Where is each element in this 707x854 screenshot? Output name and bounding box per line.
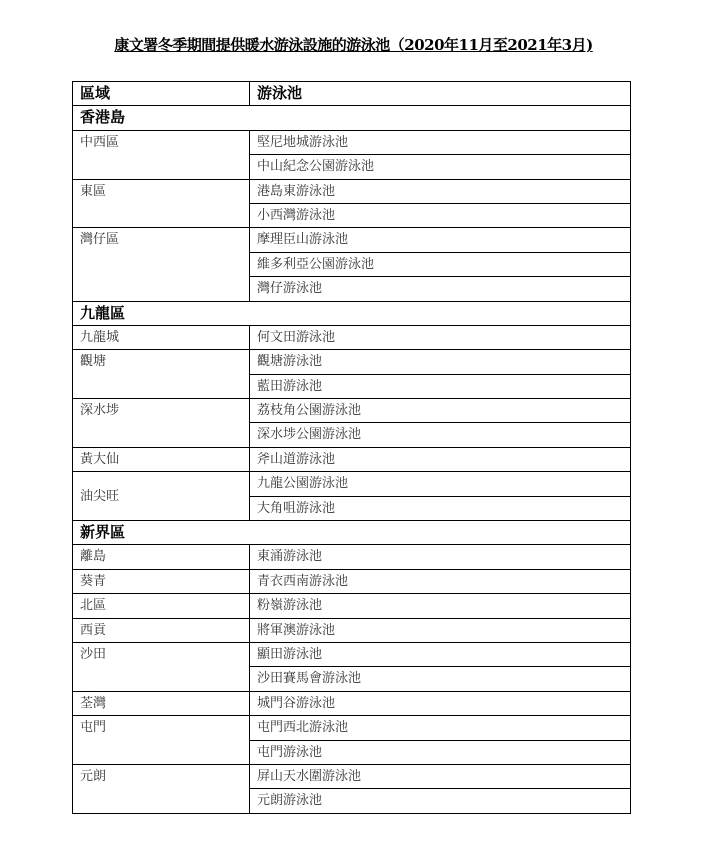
table-row: 深水埗荔枝角公園游泳池 xyxy=(73,399,631,423)
pool-cell: 何文田游泳池 xyxy=(250,325,631,349)
table-row: 元朗屏山天水圍游泳池 xyxy=(73,764,631,788)
region-heading: 香港島 xyxy=(73,106,631,130)
region-heading: 九龍區 xyxy=(73,301,631,325)
pool-table: 區域 游泳池 香港島中西區堅尼地城游泳池中山紀念公園游泳池東區港島東游泳池小西灣… xyxy=(72,81,631,814)
pool-cell: 荔枝角公園游泳池 xyxy=(250,399,631,423)
district-cell: 沙田 xyxy=(73,642,250,691)
pool-cell: 沙田賽馬會游泳池 xyxy=(250,667,631,691)
district-cell: 灣仔區 xyxy=(73,228,250,301)
pool-cell: 港島東游泳池 xyxy=(250,179,631,203)
district-cell: 元朗 xyxy=(73,764,250,813)
district-cell: 葵青 xyxy=(73,569,250,593)
document-title: 康文署冬季期間提供暖水游泳設施的游泳池（2020年11月至2021年3月) xyxy=(0,34,707,55)
district-cell: 北區 xyxy=(73,594,250,618)
district-cell: 九龍城 xyxy=(73,325,250,349)
district-cell: 黃大仙 xyxy=(73,447,250,471)
table-row: 荃灣城門谷游泳池 xyxy=(73,691,631,715)
pool-cell: 青衣西南游泳池 xyxy=(250,569,631,593)
pool-cell: 屏山天水圍游泳池 xyxy=(250,764,631,788)
table-row: 北區粉嶺游泳池 xyxy=(73,594,631,618)
pool-cell: 粉嶺游泳池 xyxy=(250,594,631,618)
pool-cell: 灣仔游泳池 xyxy=(250,277,631,301)
district-cell: 東區 xyxy=(73,179,250,228)
pool-cell: 東涌游泳池 xyxy=(250,545,631,569)
pool-cell: 中山紀念公園游泳池 xyxy=(250,155,631,179)
table-row: 觀塘觀塘游泳池 xyxy=(73,350,631,374)
pool-cell: 深水埗公園游泳池 xyxy=(250,423,631,447)
district-cell: 中西區 xyxy=(73,130,250,179)
pool-cell: 將軍澳游泳池 xyxy=(250,618,631,642)
region-heading: 新界區 xyxy=(73,521,631,545)
pool-cell: 顯田游泳池 xyxy=(250,642,631,666)
region-row: 香港島 xyxy=(73,106,631,130)
table-row: 西貢將軍澳游泳池 xyxy=(73,618,631,642)
table-row: 九龍城何文田游泳池 xyxy=(73,325,631,349)
pool-cell: 摩理臣山游泳池 xyxy=(250,228,631,252)
district-cell: 荃灣 xyxy=(73,691,250,715)
pool-cell: 九龍公園游泳池 xyxy=(250,472,631,496)
pool-cell: 維多利亞公園游泳池 xyxy=(250,252,631,276)
pool-cell: 屯門游泳池 xyxy=(250,740,631,764)
column-header-district: 區域 xyxy=(73,82,250,106)
table-row: 葵青青衣西南游泳池 xyxy=(73,569,631,593)
region-row: 新界區 xyxy=(73,521,631,545)
table-header-row: 區域 游泳池 xyxy=(73,82,631,106)
table-row: 灣仔區摩理臣山游泳池 xyxy=(73,228,631,252)
pool-cell: 小西灣游泳池 xyxy=(250,203,631,227)
table-row: 沙田顯田游泳池 xyxy=(73,642,631,666)
column-header-pool: 游泳池 xyxy=(250,82,631,106)
pool-cell: 藍田游泳池 xyxy=(250,374,631,398)
district-cell: 離島 xyxy=(73,545,250,569)
district-cell: 西貢 xyxy=(73,618,250,642)
pool-cell: 斧山道游泳池 xyxy=(250,447,631,471)
pool-cell: 屯門西北游泳池 xyxy=(250,716,631,740)
district-cell: 深水埗 xyxy=(73,399,250,448)
table-row: 黃大仙斧山道游泳池 xyxy=(73,447,631,471)
pool-cell: 觀塘游泳池 xyxy=(250,350,631,374)
district-cell: 油尖旺 xyxy=(73,472,250,521)
table-row: 東區港島東游泳池 xyxy=(73,179,631,203)
table-row: 中西區堅尼地城游泳池 xyxy=(73,130,631,154)
district-cell: 屯門 xyxy=(73,716,250,765)
pool-cell: 城門谷游泳池 xyxy=(250,691,631,715)
pool-cell: 堅尼地城游泳池 xyxy=(250,130,631,154)
table-row: 油尖旺九龍公園游泳池 xyxy=(73,472,631,496)
region-row: 九龍區 xyxy=(73,301,631,325)
pool-cell: 元朗游泳池 xyxy=(250,789,631,813)
table-row: 屯門屯門西北游泳池 xyxy=(73,716,631,740)
table-row: 離島東涌游泳池 xyxy=(73,545,631,569)
pool-cell: 大角咀游泳池 xyxy=(250,496,631,520)
district-cell: 觀塘 xyxy=(73,350,250,399)
